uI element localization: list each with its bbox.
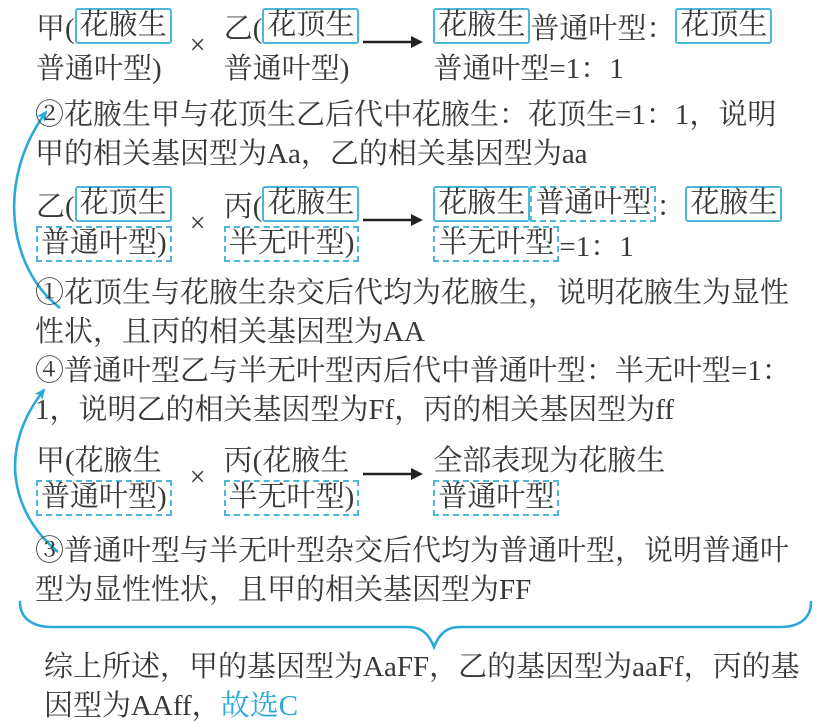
note-1-line-2: 性状，且丙的相关基因型为AA [35,313,789,352]
times-sign: × [172,184,224,240]
note-1: ①花顶生与花腋生杂交后代均为花腋生，说明花腋生为显性 性状，且丙的相关基因型为A… [35,274,789,352]
trait-leaf-semi-leafless: 半无叶型 [433,226,559,262]
trait-leaf-normal: 普通叶型) [36,480,172,516]
note-4: ④普通叶型乙与半无叶型丙后代中普通叶型：半无叶型=1： 1，说明乙的相关基因型为… [35,352,791,430]
offspring-ratio: =1：1 [559,224,633,265]
trait-leaf-normal: 普通叶型) [224,46,350,87]
cross3-parent-jia: 甲(花腋生 普通叶型) [36,438,172,518]
cross2-offspring: 花腋生普通叶型：花腋生 半无叶型=1：1 [433,184,782,264]
trait-flower-axillary: 花腋生 [433,8,530,44]
trait-flower-terminal: 花顶生 [75,186,172,222]
trait-flower-terminal: 花顶生 [675,8,772,44]
conclusion-line-2: 因型为AAff， [44,690,221,721]
trait-flower-terminal: 花顶生 [262,8,359,44]
note-3: ③普通叶型与半无叶型杂交后代均为普通叶型，说明普通叶 型为显性性状，且甲的相关基… [35,532,789,610]
times-sign: × [172,438,224,494]
cross1-offspring: 花腋生普通叶型：花顶生 普通叶型=1：1 [433,6,772,86]
note-4-line-2: 1，说明乙的相关基因型为Ff，丙的相关基因型为ff [35,391,791,430]
trait-leaf-normal: 普通叶型 [530,6,646,47]
trait-leaf-semi-leafless: 半无叶型) [224,226,360,262]
answer-choice: 故选C [221,690,298,721]
genetics-explanation-diagram: 甲(花腋生 普通叶型) × 乙(花顶生 普通叶型) 花腋生普通叶型：花顶生 普通… [0,0,830,721]
conclusion-line-1: 综上所述，甲的基因型为AaFF，乙的基因型为aaFf，丙的基 [44,648,800,687]
cross1-parent-yi: 乙(花顶生 普通叶型) [224,6,360,86]
trait-flower-axillary: 花腋生 [433,186,530,222]
parent-label: 丙(花腋生 [224,438,350,479]
parent-label: 甲(花腋生 [36,438,162,479]
cross2-parent-yi: 乙(花顶生 普通叶型) [36,184,172,264]
parent-label: 甲( [36,6,75,47]
conclusion: 综上所述，甲的基因型为AaFF，乙的基因型为aaFf，丙的基 因型为AAff，故… [44,648,800,721]
trait-flower-axillary: 花腋生 [75,8,172,44]
parent-label: 丙( [224,184,263,225]
cross-arrow-icon [363,466,423,482]
cross-diagram-2: 乙(花顶生 普通叶型) × 丙(花腋生 半无叶型) 花腋生普通叶型：花腋生 半无… [36,184,782,264]
ratio-colon: ： [646,6,675,47]
trait-flower-axillary: 花腋生 [685,186,782,222]
trait-leaf-normal: 普通叶型) [36,46,162,87]
trait-leaf-normal: 普通叶型 [530,186,656,222]
cross-diagram-1: 甲(花腋生 普通叶型) × 乙(花顶生 普通叶型) 花腋生普通叶型：花顶生 普通… [36,6,772,86]
trait-leaf-normal: 普通叶型 [433,480,559,516]
cross2-parent-bing: 丙(花腋生 半无叶型) [224,184,360,264]
note-1-line-1: ①花顶生与花腋生杂交后代均为花腋生，说明花腋生为显性 [35,274,789,313]
note-2-line-1: ②花腋生甲与花顶生乙后代中花腋生：花顶生=1：1，说明 [35,96,776,135]
ratio-colon: ： [656,184,685,225]
parent-label: 乙( [36,184,75,225]
note-2-line-2: 甲的相关基因型为Aa，乙的相关基因型为aa [35,135,776,174]
cross3-parent-bing: 丙(花腋生 半无叶型) [224,438,360,518]
note-2: ②花腋生甲与花顶生乙后代中花腋生：花顶生=1：1，说明 甲的相关基因型为Aa，乙… [35,96,776,174]
offspring-ratio: 普通叶型=1：1 [433,46,623,87]
cross1-parent-jia: 甲(花腋生 普通叶型) [36,6,172,86]
trait-leaf-normal: 普通叶型) [36,226,172,262]
cross-arrow-icon [363,212,423,228]
note-3-line-1: ③普通叶型与半无叶型杂交后代均为普通叶型，说明普通叶 [35,532,789,571]
note-3-line-2: 型为显性性状，且甲的相关基因型为FF [35,571,789,610]
parent-label: 乙( [224,6,263,47]
cross-diagram-3: 甲(花腋生 普通叶型) × 丙(花腋生 半无叶型) 全部表现为花腋生 普通叶型 [36,438,665,518]
trait-flower-axillary: 花腋生 [262,186,359,222]
cross3-offspring: 全部表现为花腋生 普通叶型 [433,438,665,518]
note-4-line-1: ④普通叶型乙与半无叶型丙后代中普通叶型：半无叶型=1： [35,352,791,391]
trait-leaf-semi-leafless: 半无叶型) [224,480,360,516]
cross-arrow-icon [363,34,423,50]
times-sign: × [172,6,224,62]
offspring-phenotype: 全部表现为花腋生 [433,438,665,479]
